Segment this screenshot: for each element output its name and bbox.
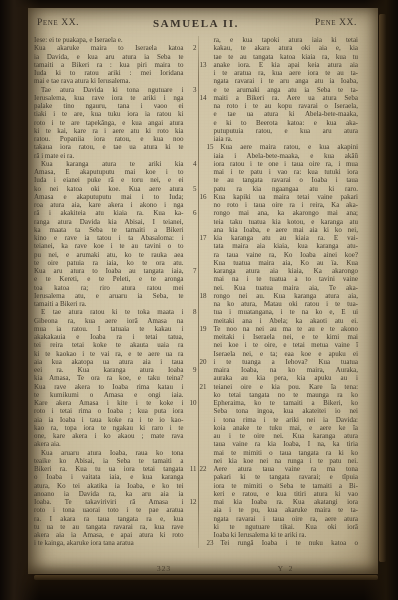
line-text: akera aia ia Amasa, e apai atura ki roto xyxy=(34,531,184,539)
text-line: Ierusalema atu, e aruaru ia Seba, te xyxy=(34,292,184,300)
text-line: takaua iora ratou, e tae ua atura ki te xyxy=(34,143,184,151)
text-line: e ki to Beerota katoa: e kua aka- xyxy=(214,119,359,127)
book-scan-background: Pene XX. SAMUELA II. Pene XX. Iese: ei t… xyxy=(0,0,398,600)
text-line: E tae atura ratou ki te toka maata i8 xyxy=(34,308,184,316)
text-line: no roto i taua oire ra i reira, Ka aka- xyxy=(214,201,359,209)
line-text: mai i te patu i vao ra: kua tutuki iora xyxy=(214,168,359,176)
text-line: maira Ioaba, na ko maira, Auraka, xyxy=(214,366,359,374)
line-text: Kua aruaru atura Ioaba, raua ko tona xyxy=(41,449,184,457)
line-text: Kare akera Amasa i kite i te koke i xyxy=(34,399,184,407)
text-line: e te Kereti, e te Peleti, e te aronga xyxy=(34,275,184,283)
line-text: Ioaba ki Ierusalema ki te ariki ra. xyxy=(214,531,307,539)
text-line: koia anake te tuku mai, e aere ke īa xyxy=(214,424,359,432)
line-text: i tona rima i te ariki nei ia Davida: xyxy=(214,416,359,424)
line-text: Gibeona ra, kua aere iorā Amasa na xyxy=(34,317,184,325)
line-text: Seba tona ingoa, kua akateitei io nei xyxy=(214,407,359,415)
text-line: Amasa e akaputuputu mai i to Iuda; xyxy=(34,193,184,201)
line-text: nei. Kua tuatua maira aia, Te aka- xyxy=(214,284,359,292)
verse-number: 3 xyxy=(186,86,197,94)
text-line: Tei rungā Ioaba i te nuku katoa o23 xyxy=(214,539,359,547)
line-text: mai na i te tuatua a to tavini vaine xyxy=(214,275,359,283)
text-line: meitaki ana i Abela; ka akaoti atu ei. xyxy=(214,317,359,325)
line-text: ra taua vaine ra, Ko Ioaba ainei koe? xyxy=(214,251,359,259)
text-line: iora te mimiti o Seba te tamaiti a Bi- xyxy=(214,482,359,490)
text-line: Bikeri ra. Kua tu ua iora tetai tangata1… xyxy=(34,465,184,473)
text-line: taua vaine ra kia Ioaba, I na, ka tiria xyxy=(214,440,359,448)
verse-number: 22 xyxy=(200,465,207,473)
verse-number: 5 xyxy=(193,185,197,193)
verse-number: 9 xyxy=(193,366,197,374)
line-text: takaua iora ratou, e tae ua atura ki te xyxy=(34,143,184,151)
column-rule xyxy=(198,36,199,548)
line-text: mai te mimiti o taua tangata ra ki ko xyxy=(214,449,359,457)
text-line: tata maira aia kiaia, kua karanga atu- xyxy=(214,242,359,250)
verse-number: 18 xyxy=(200,292,207,300)
text-line: akera aia. xyxy=(34,440,184,448)
line-text: ngata ravarai i taua oire ra, aere atura xyxy=(214,515,359,523)
verse-number: 19 xyxy=(200,325,207,333)
text-line: ngata ravarai i taua oire ra, aere atura xyxy=(214,515,359,523)
line-text: anoano ia Davida ra, ka aru aia ia xyxy=(34,490,184,498)
line-text: Iuda ki to ratou ariki : mei Ioridana xyxy=(34,69,184,77)
text-line: tiaki i te are, kua tuku iora ia ratou k… xyxy=(34,110,184,118)
line-text: maira Ioaba, na ko maira, Auraka, xyxy=(214,366,359,374)
line-text: o Ioaba i vaitata iaia, e kua karanga xyxy=(34,473,184,481)
line-text: roto i tona uaorai toto i te pae aratua xyxy=(34,506,184,514)
text-line: Ioaba ki Ierusalema ki te ariki ra. xyxy=(214,531,359,539)
text-line: one, kare akera i ko akaou ; mate rava xyxy=(34,432,184,440)
running-head-right: Pene XX. xyxy=(315,18,357,28)
text-line: roa atura aia, kare akera i akono i nga xyxy=(34,201,184,209)
line-text: akera aia. xyxy=(34,440,61,448)
text-line: kino e rave ia tatou i ta Abasaloma: i xyxy=(34,234,184,242)
line-text: akakakauia e Ioaba ra i tetai tatua, xyxy=(34,333,184,341)
text-line: Seba tona ingoa, kua akateitei io nei xyxy=(214,407,359,415)
line-text: e te Kereti, e te Peleti, e te aronga xyxy=(34,275,184,283)
text-line: te oire patuia ra iaia, ko te ora atu. xyxy=(34,259,184,267)
text-line: Kua karanga atura te ariki kia4 xyxy=(34,160,184,168)
text-line: nei koe i te oire, e tetai metua vaine ī xyxy=(214,341,359,349)
line-text: toa katoa ra; riro atura ratou mei xyxy=(34,284,184,292)
line-text: Iuda i eianei puke rā e toru nei, e ei xyxy=(34,176,184,184)
line-text: nei kia koe nei na runga i te patu nei. xyxy=(214,457,359,465)
line-text: pu nei, e arumaki atu, ko te rauka aea xyxy=(34,251,184,259)
text-line: ra. I akara ra taua tangata ra e, kua xyxy=(34,515,184,523)
line-text: teaike ko Abisai, ia Seba te tamaiti a xyxy=(34,457,184,465)
line-text: maiti a Bikeri ra. Aere ua atura Seba xyxy=(214,94,359,102)
line-text: iora te mimiti o Seba te tamaiti a Bi- xyxy=(214,482,359,490)
line-text: Iese: ei te puakapa, e Iseraela e. xyxy=(34,36,123,44)
line-text: kino e rave ia tatou i ta Abasaloma: i xyxy=(34,234,184,242)
text-line: Tae atura Davida ki tona ngutuare i3 xyxy=(34,86,184,94)
text-line: Iuda i eianei puke rā e toru nei, e ei xyxy=(34,176,184,184)
text-line: te kumikumi o Amasa e ongi iaia. xyxy=(34,391,184,399)
text-line: kao ra, topa iora te ngakau ki raro i te xyxy=(34,424,184,432)
text-line: Ioaba. Te takaviriviri rā Amasa i12 xyxy=(34,498,184,506)
text-line: Amasa, E akaputuputu mai koe i to xyxy=(34,168,184,176)
line-text: te kumikumi o Amasa e ongi iaia. xyxy=(34,391,184,399)
text-line: teia taku tuatua kia kotou, e karanga at… xyxy=(214,218,359,226)
line-text: Amasa e akaputuputu mai i to Iuda; xyxy=(34,193,184,201)
verse-number: 13 xyxy=(200,61,207,69)
text-columns: Iese: ei te puakapa, e Iseraela e.Kua ak… xyxy=(34,36,358,548)
text-line: nei. Kua tuatua maira aia, Te aka- xyxy=(214,284,359,292)
line-text: teianei oire e kia pou. Kare īa tena: xyxy=(214,383,359,391)
page-footer: 323 Y 2 xyxy=(34,564,358,576)
line-text: pakari ki te tangata ravarai; e tīpuia xyxy=(214,473,359,481)
line-text: anake iora. E kia apai keia atura aia xyxy=(214,61,359,69)
text-line: nei kia koe nei na runga i te patu nei. xyxy=(214,457,359,465)
text-line: iora ratou i te one i taua oire ra, i mu… xyxy=(214,160,359,168)
text-line: tamaiti a Bikeri ra : kua piri maira to xyxy=(34,61,184,69)
line-text: roa atura aia, kare akera i akono i nga xyxy=(34,201,184,209)
text-line: ratou. Popaniia iora ratou, e kua noo xyxy=(34,135,184,143)
line-text: tu ua te au tangata ravarai ra, kua rave xyxy=(34,523,184,531)
line-text: iaia i Abela-bete-maaka, e kua akāū xyxy=(214,152,359,160)
text-line: akakakauia e Ioaba ra i tetai tatua, xyxy=(34,333,184,341)
text-line: tamaiti a Bikeri ra. xyxy=(34,300,184,308)
line-text: ra. I akara ra taua tangata ra e, kua xyxy=(34,515,184,523)
text-line: iaia ra. xyxy=(214,135,359,143)
text-line: iaia i Abela-bete-maaka, e kua akāū xyxy=(214,152,359,160)
text-line: teianei oire e kia pou. Kare īa tena:21 xyxy=(214,383,359,391)
line-text: kakau, te akara atura oki aia e, kia xyxy=(214,44,359,52)
text-line: auraka au kia pera, kia apuku au i xyxy=(214,374,359,382)
text-line: Kua akaruke maira to Iseraela katoa2 xyxy=(34,44,184,52)
left-column: Iese: ei te puakapa, e Iseraela e.Kua ak… xyxy=(34,36,184,548)
line-text: eei ra. Kua karanga atura Ioaba xyxy=(34,366,184,374)
line-text: mai kia Ioaba ra. Kua akatangi iora xyxy=(214,498,359,506)
text-line: i te aratua ra, kua aere iora te au ta- xyxy=(214,69,359,77)
text-line: ko nei katoa oki koe. Kua aere atura5 xyxy=(34,185,184,193)
line-text: tamaiti a Bikeri ra : kua piri maira to xyxy=(34,61,184,69)
text-line: Iseraela nei, e ta; eaa koe e apuku ei xyxy=(214,350,359,358)
line-text: Amasa, E akaputuputu mai koe i to xyxy=(34,168,184,176)
line-text: Tae atura Davida ki tona ngutuare i xyxy=(41,86,184,94)
text-line: kia karanga atu au kiaia ra. E vai-17 xyxy=(214,234,359,242)
line-text: rongo mai ana, ka akarongo mai ana; xyxy=(214,209,359,217)
text-line: na roto i te au kopu ravarai o Iseraela, xyxy=(214,102,359,110)
text-line: keri e ratou, e kua titiri atura ki vao xyxy=(214,490,359,498)
verse-number: 23 xyxy=(200,539,214,547)
line-text: e tae ua atura ki Abela-bete-maaka, xyxy=(214,110,359,118)
line-text: ki te kaokao i te vai ra, e te aere ua r… xyxy=(34,350,184,358)
line-text: Kua tuatua maira aia, Ko au ïa. Kua xyxy=(214,259,359,267)
line-text: atura, Ko tei akatika ia Ioaba, e ko tei xyxy=(34,482,184,490)
text-line: tua i muatangana, i te na ko e, E ui xyxy=(214,308,359,316)
text-line: kia Amasa, Te ora ra koe, e taku teina? xyxy=(34,374,184,382)
text-line: roto i tetai rima o Ioaba ; kua puta ior… xyxy=(34,407,184,415)
verse-number: 16 xyxy=(200,193,207,201)
text-line: ranga atura Davida kia Abisai, I teianei… xyxy=(34,218,184,226)
line-text: e ki to Beerota katoa: e kua aka- xyxy=(214,119,359,127)
text-line: roto i tona uaorai toto i te pae aratua xyxy=(34,506,184,514)
text-line: Kua aru atura to Ioaba au tangata iaia,7 xyxy=(34,267,184,275)
text-line: ki te ngutuare tikai. Kua oki iorā xyxy=(214,523,359,531)
line-text: rā i akakiteia atu kiaia ra. Kua ka- xyxy=(34,209,184,217)
text-line: Kua kapiki ua maira tetai vaine pakari16 xyxy=(214,193,359,201)
text-line: ra, e kua tapoki atura iaia ki tetai xyxy=(214,36,359,44)
line-text: ana kia Ioaba, e aere mai aia ki ko nei, xyxy=(214,226,359,234)
line-text: Kua aere maira ratou, e kua akapini xyxy=(221,143,359,151)
line-text: au i te oire nei. Kua karanga atura xyxy=(214,432,359,440)
text-line: au i te oire nei. Kua karanga atura xyxy=(214,432,359,440)
line-text: ko nei katoa oki koe. Kua aere atura xyxy=(34,185,184,193)
text-line: palake tino ngauru, tana i vaoo ei xyxy=(34,102,184,110)
book-page-edge-bottom xyxy=(34,575,378,580)
text-line: te au tangata ravarai o Ioaba i taua xyxy=(214,176,359,184)
text-line: rā i mate ei ra. xyxy=(34,152,184,160)
text-line: tae te au tangata katoa kiaia ra, kua tu xyxy=(214,53,359,61)
verse-number: 17 xyxy=(200,234,207,242)
line-text: i te tuanga a Iehova? Kua tuatua xyxy=(214,358,359,366)
text-line: rongo mai ana, ka akarongo mai ana; xyxy=(214,209,359,217)
line-text: Ierusalema, kua rave iora te ariki i nga xyxy=(34,94,184,102)
text-line: anake iora. E kia apai keia atura aia13 xyxy=(214,61,359,69)
line-text: mua ia ratou. I tatuaia te kakau i xyxy=(34,325,184,333)
line-text: palake tino ngauru, tana i vaoo ei xyxy=(34,102,184,110)
text-line: kakau, te akara atura oki aia e, kia xyxy=(214,44,359,52)
line-text: tamaiti a Bikeri ra. xyxy=(34,300,86,308)
text-line: ki te kaokao i te vai ra, e te aere ua r… xyxy=(34,350,184,358)
line-text: meitaki i Iseraela nei, e te kimi mai xyxy=(214,333,359,341)
text-line: eei ra. Kua karanga atura Ioaba9 xyxy=(34,366,184,374)
book-title: SAMUELA II. xyxy=(153,18,239,30)
text-line: Aere atura taua vaine ra ma tona22 xyxy=(214,465,359,473)
line-text: Aere atura taua vaine ra ma tona xyxy=(214,465,359,473)
page-number: 323 xyxy=(157,564,171,573)
line-text: teia taku tuatua kia kotou, e karanga at… xyxy=(214,218,359,226)
verse-number: 2 xyxy=(193,44,197,52)
line-text: aia i te pu, kua akaruke maira te ta- xyxy=(214,506,359,514)
line-text: iaia ra. xyxy=(214,135,233,143)
line-text: auraka au kia pera, kia apuku au i xyxy=(214,374,359,382)
text-line: roto i te are tapekānga, e kua angai atu… xyxy=(34,119,184,127)
text-line: i tona rima i te ariki nei ia Davida: xyxy=(214,416,359,424)
text-line: meitaki i Iseraela nei, e te kimi mai xyxy=(214,333,359,341)
line-text: karanga atura aia kiaia, Ka akarongo xyxy=(214,267,359,275)
line-text: kia Amasa, Te ora ra koe, e taku teina? xyxy=(34,374,184,382)
text-line: ana kia Ioaba, e aere mai aia ki ko nei, xyxy=(214,226,359,234)
line-text: Iseraela nei, e ta; eaa koe e apuku ei xyxy=(214,350,359,358)
signature-mark: Y 2 xyxy=(278,564,295,573)
text-line: pakari ki te tangata ravarai; e tīpuia xyxy=(214,473,359,481)
line-text: nei koe i te oire, e tetai metua vaine ī xyxy=(214,341,359,349)
line-text: Te noo na nei au ma te au e te akono xyxy=(214,325,359,333)
line-text: tiaki i te are, kua tuku iora ia ratou k… xyxy=(34,110,184,118)
line-text: tua i muatangana, i te na ko e, E ui xyxy=(214,308,359,316)
line-text: Tei rungā Ioaba i te nuku katoa o xyxy=(221,539,359,547)
page-content: Pene XX. SAMUELA II. Pene XX. Iese: ei t… xyxy=(34,18,358,576)
page-header: Pene XX. SAMUELA II. Pene XX. xyxy=(34,18,358,35)
text-line: Te noo na nei au ma te au e te akono19 xyxy=(214,325,359,333)
text-line: pu nei, e arumaki atu, ko te rauka aea xyxy=(34,251,184,259)
text-line: teianei, ka rave koe i te au tavini o to xyxy=(34,242,184,250)
text-line: teaike ko Abisai, ia Seba te tamaiti a xyxy=(34,457,184,465)
text-line: tei reira tetai koke te akauta uaia ra xyxy=(34,341,184,349)
text-line: toa katoa ra; riro atura ratou mei xyxy=(34,284,184,292)
verse-number: 21 xyxy=(200,383,207,391)
verse-number: 8 xyxy=(186,308,197,316)
text-line: Kare akera Amasa i kite i te koke i10 xyxy=(34,399,184,407)
verse-number: 14 xyxy=(200,94,207,102)
text-line: Iese: ei te puakapa, e Iseraela e. xyxy=(34,36,184,44)
line-text: na roto i te au kopu ravarai o Iseraela, xyxy=(214,102,359,110)
verse-number: 6 xyxy=(193,209,197,217)
text-line: rongo nei au. Kua karanga atura aia,18 xyxy=(214,292,359,300)
running-head-left: Pene XX. xyxy=(37,18,79,28)
text-line: mai i te patu i vao ra: kua tutuki iora xyxy=(214,168,359,176)
line-text: E tae atura ratou ki te toka maata i xyxy=(41,308,184,316)
line-text: meitaki ana i Abela; ka akaoti atu ei. xyxy=(214,317,359,325)
line-text: Ierusalema atu, e aruaru ia Seba, te xyxy=(34,292,184,300)
text-line: ia Davida, e kua aru atura ia Seba te xyxy=(34,53,184,61)
text-line: tu ua te au tangata ravarai ra, kua rave xyxy=(34,523,184,531)
line-text: Epheraima, ko te tamaiti a Bikeri, ko xyxy=(214,399,359,407)
line-text: no roto i taua oire ra i reira, Ka aka- xyxy=(214,201,359,209)
text-line: patu ra kia ngaangaa atu ki raro. xyxy=(214,185,359,193)
line-text: koia anake te tuku mai, e aere ke īa xyxy=(214,424,359,432)
line-text: ra, e kua tapoki atura iaia ki tetai xyxy=(214,36,359,44)
text-line: Gibeona ra, kua aere iorā Amasa na xyxy=(34,317,184,325)
line-text: tata maira aia kiaia, kua karanga atu- xyxy=(214,242,359,250)
text-line: ka maata ta Seba te tamaiti a Bikeri xyxy=(34,226,184,234)
text-line: putuputuia ratou, e kua aru atura xyxy=(214,127,359,135)
text-line: ko tetai tangata no te maunga ra ko xyxy=(214,391,359,399)
line-text: putuputuia ratou, e kua aru atura xyxy=(214,127,359,135)
text-line: Epheraima, ko te tamaiti a Bikeri, ko xyxy=(214,399,359,407)
verse-number: 15 xyxy=(200,143,214,151)
text-line: atura, Ko tei akatika ia Ioaba, e ko tei xyxy=(34,482,184,490)
line-text: rā i mate ei ra. xyxy=(34,152,74,160)
line-text: e te arumaki anga atu ia Seba te ta- xyxy=(214,86,359,94)
text-line: Ierusalema, kua rave iora te ariki i nga xyxy=(34,94,184,102)
line-text: ngata ravarai i te aru anga atu ia Ioaba… xyxy=(214,77,359,85)
text-line: Kua tuatua maira aia, Ko au ïa. Kua xyxy=(214,259,359,267)
line-text: i te kainga, akaruke iora tana aratua xyxy=(34,539,134,547)
line-text: roto i te are tapekānga, e kua angai atu… xyxy=(34,119,184,127)
line-text: i te aratua ra, kua aere iora te au ta- xyxy=(214,69,359,77)
verse-number: 7 xyxy=(193,267,197,275)
line-text: patu ra kia ngaangaa atu ki raro. xyxy=(214,185,359,193)
line-text: Kua aru atura to Ioaba au tangata iaia, xyxy=(34,267,184,275)
line-text: ki te ngutuare tikai. Kua oki iorā xyxy=(214,523,359,531)
text-line: mai te mimiti o taua tangata ra ki ko xyxy=(214,449,359,457)
text-line: aia ia Ioaba i taua koke ra i te io kao- xyxy=(34,416,184,424)
verse-number: 4 xyxy=(186,160,197,168)
line-text: rongo nei au. Kua karanga atura aia, xyxy=(214,292,359,300)
verse-number: 10 xyxy=(190,399,197,407)
line-text: roto i tetai rima o Ioaba ; kua puta ior… xyxy=(34,407,184,415)
line-text: ka maata ta Seba te tamaiti a Bikeri xyxy=(34,226,184,234)
text-line: Iuda ki to ratou ariki : mei Ioridana xyxy=(34,69,184,77)
text-line: ra taua vaine ra, Ko Ioaba ainei koe? xyxy=(214,251,359,259)
line-text: ki te kai, kare ra i aere atu ki roto ki… xyxy=(34,127,184,135)
line-text: Bikeri ra. Kua tu ua iora tetai tangata xyxy=(34,465,184,473)
text-line: na ko atura, Matau oki ratou i te tua- xyxy=(214,300,359,308)
text-line: ngata ravarai i te aru anga atu ia Ioaba… xyxy=(214,77,359,85)
line-text: kao ra, topa iora te ngakau ki raro i te xyxy=(34,424,184,432)
text-line: Kua aere maira ratou, e kua akapini15 xyxy=(214,143,359,151)
text-line: e tae ua atura ki Abela-bete-maaka, xyxy=(214,110,359,118)
line-text: te oire patuia ra iaia, ko te ora atu. xyxy=(34,259,184,267)
line-text: kia karanga atu au kiaia ra. E vai- xyxy=(214,234,359,242)
line-text: tae te au tangata katoa kiaia ra, kua tu xyxy=(214,53,359,61)
text-line: ki te kai, kare ra i aere atu ki roto ki… xyxy=(34,127,184,135)
line-text: mai e tae rava atura ki Ierusalema. xyxy=(34,77,130,85)
line-text: iora ratou i te one i taua oire ra, i mu… xyxy=(214,160,359,168)
verse-number: 12 xyxy=(190,498,197,506)
text-line: mua ia ratou. I tatuaia te kakau i xyxy=(34,325,184,333)
line-text: ranga atura Davida kia Abisai, I teianei… xyxy=(34,218,184,226)
line-text: taua vaine ra kia Ioaba, I na, ka tiria xyxy=(214,440,359,448)
text-line: karanga atura aia kiaia, Ka akarongo xyxy=(214,267,359,275)
verse-number: 20 xyxy=(200,358,207,366)
line-text: keri e ratou, e kua titiri atura ki vao xyxy=(214,490,359,498)
text-line: rā i akakiteia atu kiaia ra. Kua ka-6 xyxy=(34,209,184,217)
line-text: Ioaba. Te takaviriviri rā Amasa i xyxy=(34,498,184,506)
text-line: i te kainga, akaruke iora tana aratua xyxy=(34,539,184,547)
line-text: Kua karanga atura te ariki kia xyxy=(41,160,184,168)
text-line: aia i te pu, kua akaruke maira te ta- xyxy=(214,506,359,514)
line-text: ko tetai tangata no te maunga ra ko xyxy=(214,391,359,399)
text-line: i te tuanga a Iehova? Kua tuatua20 xyxy=(214,358,359,366)
text-line: maiti a Bikeri ra. Aere ua atura Seba14 xyxy=(214,94,359,102)
text-line: mai e tae rava atura ki Ierusalema. xyxy=(34,77,184,85)
line-text: teianei, ka rave koe i te au tavini o to xyxy=(34,242,184,250)
line-text: tei reira tetai koke te akauta uaia ra xyxy=(34,341,184,349)
line-text: aia kua akatopa ua atura aia i taua xyxy=(34,358,184,366)
scanned-page: Pene XX. SAMUELA II. Pene XX. Iese: ei t… xyxy=(28,8,378,574)
text-line: aia kua akatopa ua atura aia i taua xyxy=(34,358,184,366)
line-text: one, kare akera i ko akaou ; mate rava xyxy=(34,432,184,440)
line-text: Kua akaruke maira to Iseraela katoa xyxy=(34,44,184,52)
text-line: e te arumaki anga atu ia Seba te ta- xyxy=(214,86,359,94)
text-line: Kua aruaru atura Ioaba, raua ko tona xyxy=(34,449,184,457)
text-line: o Ioaba i vaitata iaia, e kua karanga xyxy=(34,473,184,481)
text-line: anoano ia Davida ra, ka aru aia ia xyxy=(34,490,184,498)
line-text: Kua kapiki ua maira tetai vaine pakari xyxy=(214,193,359,201)
line-text: te au tangata ravarai o Ioaba i taua xyxy=(214,176,359,184)
line-text: ratou. Popaniia iora ratou, e kua noo xyxy=(34,135,184,143)
line-text: Kua rave akera to Ioaba rima katau i xyxy=(34,383,184,391)
verse-number: 11 xyxy=(190,465,197,473)
right-column: ra, e kua tapoki atura iaia ki tetaikaka… xyxy=(214,36,359,548)
text-line: akera aia ia Amasa, e apai atura ki roto xyxy=(34,531,184,539)
line-text: aia ia Ioaba i taua koke ra i te io kao- xyxy=(34,416,184,424)
text-line: mai kia Ioaba ra. Kua akatangi iora xyxy=(214,498,359,506)
line-text: ia Davida, e kua aru atura ia Seba te xyxy=(34,53,184,61)
text-line: mai na i te tuatua a to tavini vaine xyxy=(214,275,359,283)
book-page-edge-right xyxy=(379,14,386,562)
line-text: na ko atura, Matau oki ratou i te tua- xyxy=(214,300,359,308)
text-line: Kua rave akera to Ioaba rima katau i xyxy=(34,383,184,391)
